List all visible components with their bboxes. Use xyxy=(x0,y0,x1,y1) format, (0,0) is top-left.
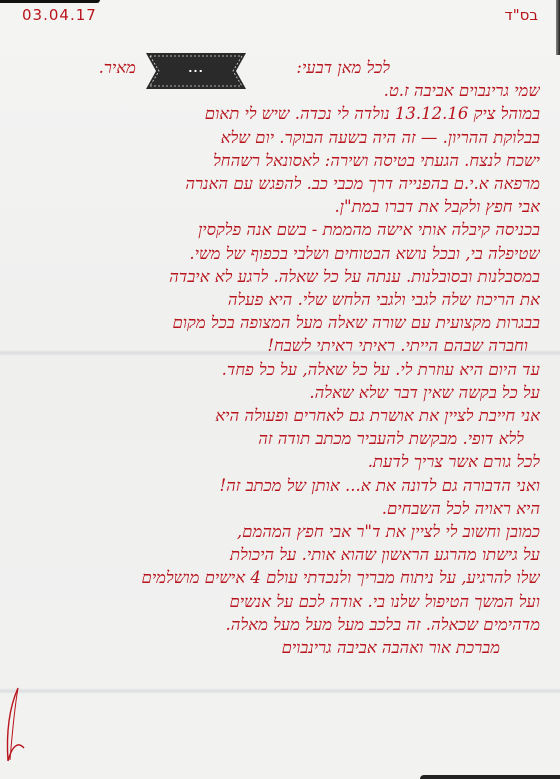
corner-mark: בס"ד xyxy=(505,6,539,24)
letter-line: בבגרות מקצועית עם שורה שאלה מעל המצופה ב… xyxy=(12,311,540,334)
letter-line: שמי גרינבוים אביבה ז.ט. xyxy=(12,79,540,102)
letter-line: ועל המשך הטיפול שלנו בי. אודה לכם על אנש… xyxy=(12,590,540,613)
letter-line: עד היום היא עוזרת לי. על כל שאלה, על כל … xyxy=(12,358,540,381)
letter-line: אני חייבת לציין את אושרת גם לאחרים ופעול… xyxy=(12,404,540,427)
paper-fold-line xyxy=(0,688,560,694)
letter-line: על גישתו מהרגע הראשון שהוא אותי. על היכו… xyxy=(12,543,540,566)
scan-edge-bottom xyxy=(420,775,560,779)
letter-line: ישכח לנצח. הגעתי בטיסה ושירה: לאסונאל רש… xyxy=(12,149,540,172)
letter-line: שטיפלה בי, ובכל נושא הבטוחים ושלבי בכפוף… xyxy=(12,242,540,265)
signature-stroke-icon xyxy=(4,686,26,766)
letter-line: שלו להרגיע, על ניתוח מבריך ולנכדתי עולם … xyxy=(12,566,540,589)
greeting-left-note: מאיר. xyxy=(99,58,136,77)
scan-edge-right xyxy=(556,0,560,55)
letter-line: לכל גורם אשר צריך לדעת. xyxy=(12,450,540,473)
letter-line: ואני הדבורה גם לדונה את א... אותן של מכת… xyxy=(12,474,540,497)
letter-line: כמובן וחשוב לי לציין את ד"ר אבי חפץ המהמ… xyxy=(12,520,540,543)
letter-page: 03.04.17 בס"ד ... לכל מאן דבעי: מאיר. שמ… xyxy=(0,0,560,779)
greeting-recipient: לכל מאן דבעי: xyxy=(296,58,390,77)
signature-line: מברכת אור ואהבה אביבה גרינבוים xyxy=(12,636,540,659)
letter-line: היא ראויה לכל השבחים. xyxy=(12,497,540,520)
letter-line: בכניסה קיבלה אותי אישה מהממת - בשם אנה פ… xyxy=(12,218,540,241)
letter-line: על כל בקשה שאין דבר שלא שאלה. xyxy=(12,381,540,404)
greeting-line: לכל מאן דבעי: מאיר. xyxy=(12,56,540,79)
letter-line: בבלוקת ההריון. — זה היה בשעה הבוקר. יום … xyxy=(12,126,540,149)
letter-line: מדהימים שכאלה. זה בלכב מעל מעל מעל מאלה. xyxy=(12,613,540,636)
letter-line: במסבלנות ובסובלנות. ענתה על כל שאלה. לרג… xyxy=(12,265,540,288)
scan-edge-top xyxy=(0,0,100,3)
letter-line: במוהל ציק 13.12.16 נולדה לי נכדה. שיש לי… xyxy=(12,102,540,125)
letter-date: 03.04.17 xyxy=(22,6,97,24)
letter-line: מרפאה א.י.ם בהפנייה דרך מכבי כב. להפגש ע… xyxy=(12,172,540,195)
letter-line: וחברה שבהם הייתי. ראיתי ראיתי לשבח! xyxy=(12,334,540,357)
letter-line: את הריכוז שלה לגבי ולגבי הלחש שלי. היא פ… xyxy=(12,288,540,311)
letter-line: אבי חפץ ולקבל את דברו במת"ן. xyxy=(12,195,540,218)
letter-body: לכל מאן דבעי: מאיר. שמי גרינבוים אביבה ז… xyxy=(12,56,540,659)
letter-line: ללא דופי. מבקשת להעביר מכתב תודה זה xyxy=(12,427,540,450)
